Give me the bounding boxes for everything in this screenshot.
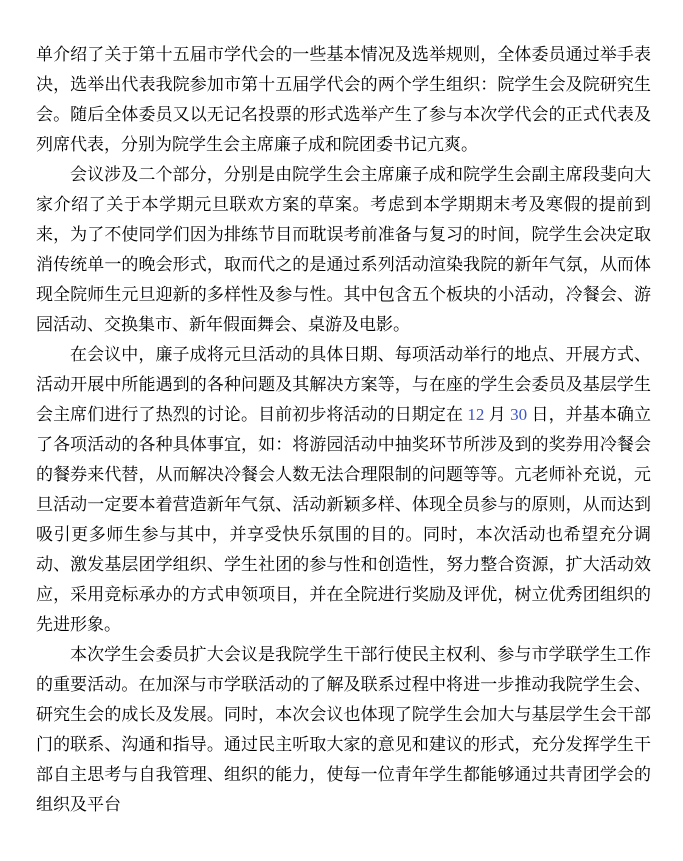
paragraph: 在会议中，廉子成将元旦活动的具体日期、每项活动举行的地点、开展方式、活动开展中所… xyxy=(36,340,651,640)
paragraph: 本次学生会委员扩大会议是我院学生干部行使民主权利、参与市学联学生工作的重要活动。… xyxy=(36,640,651,820)
text-segment: 日，并基本确立了各项活动的各种具体事宜，如：将游园活动中抽奖环节所涉及到的奖券用… xyxy=(36,405,651,634)
date-number: 30 xyxy=(510,405,527,424)
date-number: 12 xyxy=(467,405,484,424)
text-segment: 会议涉及二个部分，分别是由院学生会主席廉子成和院学生会副主席段斐向大家介绍了关于… xyxy=(36,165,651,334)
document-body: 单介绍了关于第十五届市学代会的一些基本情况及选举规则，全体委员通过举手表决，选举… xyxy=(36,40,651,820)
document-page: 单介绍了关于第十五届市学代会的一些基本情况及选举规则，全体委员通过举手表决，选举… xyxy=(0,0,683,861)
paragraph: 单介绍了关于第十五届市学代会的一些基本情况及选举规则，全体委员通过举手表决，选举… xyxy=(36,40,651,160)
paragraph: 会议涉及二个部分，分别是由院学生会主席廉子成和院学生会副主席段斐向大家介绍了关于… xyxy=(36,160,651,340)
text-segment: 单介绍了关于第十五届市学代会的一些基本情况及选举规则，全体委员通过举手表决，选举… xyxy=(36,45,651,154)
text-segment: 本次学生会委员扩大会议是我院学生干部行使民主权利、参与市学联学生工作的重要活动。… xyxy=(36,645,651,814)
text-segment: 月 xyxy=(484,405,510,424)
